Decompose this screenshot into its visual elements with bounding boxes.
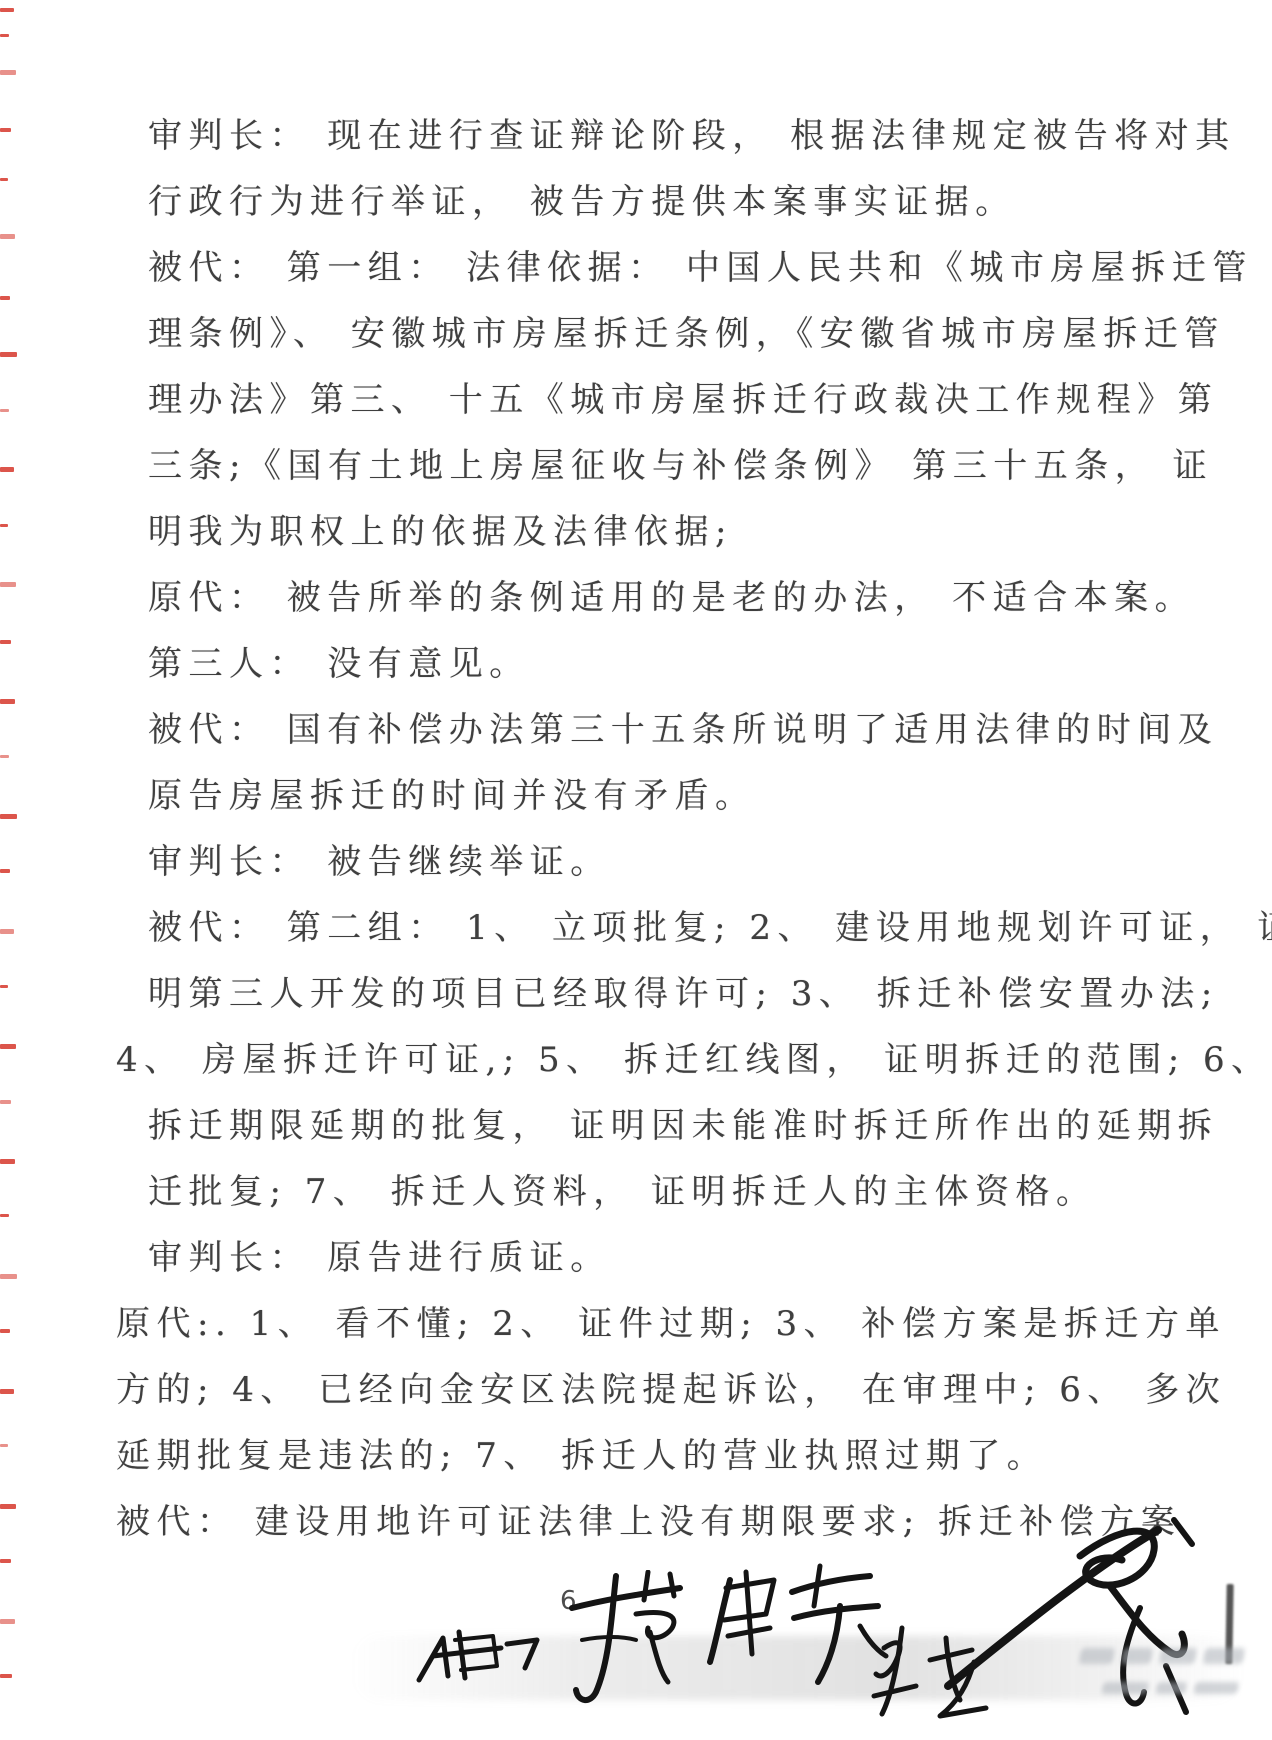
transcript-line: 理办法》第三、 十五《城市房屋拆迁行政裁决工作规程》第 bbox=[0, 367, 1272, 433]
transcript-line: 原代： 被告所举的条例适用的是老的办法， 不适合本案。 bbox=[0, 565, 1272, 631]
red-edge-mark bbox=[0, 1559, 11, 1563]
transcript-text: 审判长： 现在进行查证辩论阶段， 根据法律规定被告将对其行政行为进行举证， 被告… bbox=[0, 103, 1272, 1555]
red-edge-mark bbox=[0, 1619, 15, 1624]
transcript-line: 原代:. 1、 看不懂; 2、 证件过期; 3、 补偿方案是拆迁方单 bbox=[0, 1291, 1272, 1357]
transcript-line: 迁批复; 7、 拆迁人资料， 证明拆迁人的主体资格。 bbox=[0, 1159, 1272, 1225]
transcript-line: 第三人： 没有意见。 bbox=[0, 631, 1272, 697]
transcript-line: 延期批复是违法的; 7、 拆迁人的营业执照过期了。 bbox=[0, 1423, 1272, 1489]
transcript-line: 拆迁期限延期的批复， 证明因未能准时拆迁所作出的延期拆 bbox=[0, 1093, 1272, 1159]
transcript-line: 明我为职权上的依据及法律依据; bbox=[0, 499, 1272, 565]
signature-1-icon bbox=[552, 1570, 712, 1715]
transcript-line: 三条;《国有土地上房屋征收与补偿条例》 第三十五条， 证 bbox=[0, 433, 1272, 499]
transcript-line: 被代： 第一组： 法律依据： 中国人民共和《城市房屋拆迁管 bbox=[0, 235, 1272, 301]
transcript-line: 原告房屋拆迁的时间并没有矛盾。 bbox=[0, 763, 1272, 829]
red-edge-mark bbox=[0, 34, 9, 37]
transcript-line: 审判长： 现在进行查证辩论阶段， 根据法律规定被告将对其 bbox=[0, 103, 1272, 169]
transcript-line: 审判长： 原告进行质证。 bbox=[0, 1225, 1272, 1291]
signature-2-icon bbox=[700, 1562, 895, 1692]
transcript-line: 4、 房屋拆迁许可证,; 5、 拆迁红线图， 证明拆迁的范围; 6、 bbox=[0, 1027, 1272, 1093]
transcript-line: 被代： 第二组： 1、 立项批复; 2、 建设用地规划许可证， 证 bbox=[0, 895, 1272, 961]
transcript-line: 被代： 国有补偿办法第三十五条所说明了适用法律的时间及 bbox=[0, 697, 1272, 763]
signature-doodle-icon bbox=[415, 1618, 560, 1688]
red-edge-mark bbox=[0, 8, 14, 12]
transcript-line: 行政行为进行举证， 被告方提供本案事实证据。 bbox=[0, 169, 1272, 235]
red-edge-mark bbox=[0, 1674, 12, 1678]
transcript-line: 审判长： 被告继续举证。 bbox=[0, 829, 1272, 895]
scanned-page: 审判长： 现在进行查证辩论阶段， 根据法律规定被告将对其行政行为进行举证， 被告… bbox=[0, 0, 1272, 1740]
watermark bbox=[1069, 1648, 1267, 1720]
transcript-line: 明第三人开发的项目已经取得许可; 3、 拆迁补偿安置办法; bbox=[0, 961, 1272, 1027]
red-edge-mark bbox=[0, 70, 16, 75]
transcript-line: 理条例》、 安徽城市房屋拆迁条例，《安徽省城市房屋拆迁管 bbox=[0, 301, 1272, 367]
transcript-line: 方的; 4、 已经向金安区法院提起诉讼， 在审理中; 6、 多次 bbox=[0, 1357, 1272, 1423]
